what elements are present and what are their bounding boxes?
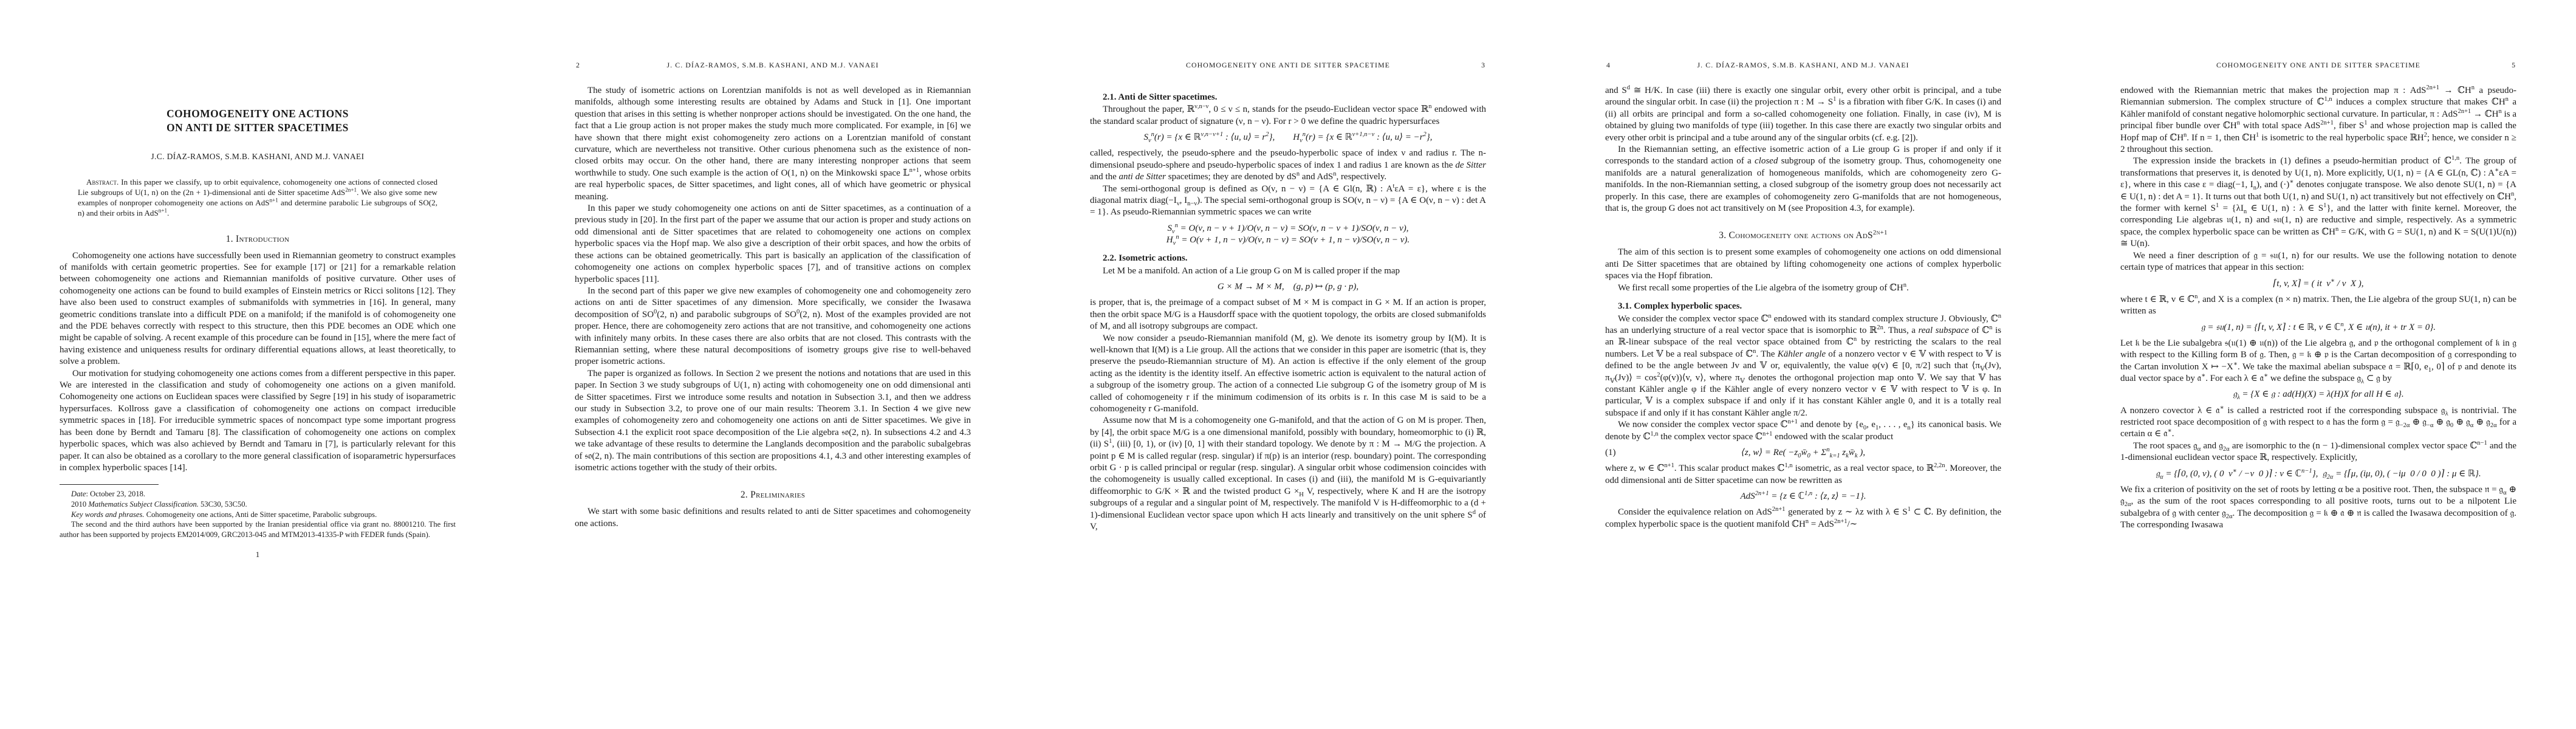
page-4: 4 J. C. DÍAZ-RAMOS, S.M.B. KASHANI, AND …	[1546, 0, 2061, 729]
paragraph: The study of isometric actions on Lorent…	[575, 85, 971, 203]
display-equation: 𝔤α = {⌈0, (0, v), ( 0 v∗ / −v 0 )⌉ : v ∈…	[2120, 468, 2516, 480]
page-2: 2 J. C. DÍAZ-RAMOS, S.M.B. KASHANI, AND …	[515, 0, 1030, 729]
paragraph: Cohomogeneity one actions have successfu…	[60, 250, 456, 368]
paragraph: We need a finer description of 𝔤 = 𝔰𝔲(1,…	[2120, 250, 2516, 274]
subsection-heading: 3.1. Complex hyperbolic spaces.	[1605, 301, 2001, 312]
page-3: COHOMOGENEITY ONE ANTI DE SITTER SPACETI…	[1030, 0, 1546, 729]
paragraph: Our motivation for studying cohomogeneit…	[60, 368, 456, 474]
page-number: 2	[576, 61, 580, 70]
footnote: Date: October 23, 2018.	[60, 489, 456, 499]
subsection-heading: 2.1. Anti de Sitter spacetimes.	[1090, 92, 1486, 103]
paragraph: where t ∈ ℝ, v ∈ ℂn, and X is a complex …	[2120, 294, 2516, 318]
display-equation: Sνn = O(ν, n − ν + 1)/O(ν, n − ν) = SO(ν…	[1090, 223, 1486, 246]
paragraph: endowed with the Riemannian metric that …	[2120, 85, 2516, 156]
paragraph: where z, w ∈ ℂn+1. This scalar product m…	[1605, 463, 2001, 487]
paragraph: The expression inside the brackets in (1…	[2120, 156, 2516, 250]
running-title: COHOMOGENEITY ONE ANTI DE SITTER SPACETI…	[2120, 61, 2516, 70]
display-equation: 𝔤λ = {X ∈ 𝔤 : ad(H)(X) = λ(H)X for all H…	[2120, 389, 2516, 400]
paragraph: Throughout the paper, ℝν,n−ν, 0 ≤ ν ≤ n,…	[1090, 104, 1486, 128]
footnote: 2010 Mathematics Subject Classification.…	[60, 499, 456, 510]
page-number: 3	[1481, 61, 1485, 70]
paragraph: We now consider the complex vector space…	[1605, 419, 2001, 443]
running-head: 2 J. C. DÍAZ-RAMOS, S.M.B. KASHANI, AND …	[575, 61, 971, 70]
page-4-content: and Sd ≅ H/K. In case (iii) there is exa…	[1605, 85, 2001, 530]
subsection-heading: 2.2. Isometric actions.	[1090, 253, 1486, 264]
paragraph: We first recall some properties of the L…	[1605, 282, 2001, 294]
footnote-rule	[60, 484, 159, 485]
page-number: 1	[60, 550, 456, 560]
section-heading: 3. Cohomogeneity one actions on AdS2n+1	[1605, 230, 2001, 241]
display-equation: (1)⟨z, w⟩ = Re( −z0w̄0 + Σnk=1 zkw̄k ),	[1605, 447, 2001, 459]
paragraph: called, respectively, the pseudo-sphere …	[1090, 148, 1486, 183]
display-equation: 𝔤 = 𝔰𝔲(1, n) = {⌈t, v, X⌉ : t ∈ ℝ, v ∈ ℂ…	[2120, 322, 2516, 334]
running-head: COHOMOGENEITY ONE ANTI DE SITTER SPACETI…	[2120, 61, 2516, 70]
equation-tag: (1)	[1605, 447, 1616, 459]
page-5: COHOMOGENEITY ONE ANTI DE SITTER SPACETI…	[2061, 0, 2576, 729]
paragraph: In this paper we study cohomogeneity one…	[575, 203, 971, 286]
paragraph: The paper is organized as follows. In Se…	[575, 368, 971, 474]
paragraph: We consider the complex vector space ℂn …	[1605, 313, 2001, 420]
paragraph: Consider the equivalence relation on AdS…	[1605, 507, 2001, 530]
page-2-content: The study of isometric actions on Lorent…	[575, 85, 971, 530]
display-equation: AdS2n+1 = {z ∈ ℂ1,n : ⟨z, z⟩ = −1}.	[1605, 491, 2001, 502]
footnote: The second and the third authors have be…	[60, 519, 456, 539]
paragraph: We fix a criterion of positivity on the …	[2120, 484, 2516, 532]
paragraph: and Sd ≅ H/K. In case (iii) there is exa…	[1605, 85, 2001, 144]
page-5-content: endowed with the Riemannian metric that …	[2120, 85, 2516, 531]
paragraph: The root spaces 𝔤α and 𝔤2α are isomorphi…	[2120, 440, 2516, 464]
authors-line: J.C. DÍAZ-RAMOS, S.M.B. KASHANI, AND M.J…	[60, 152, 456, 162]
paragraph: is proper, that is, the preimage of a co…	[1090, 297, 1486, 332]
abstract-text: Abstract. In this paper we classify, up …	[78, 177, 437, 218]
display-equation: G × M → M × M, (g, p) ↦ (p, g · p),	[1090, 281, 1486, 293]
paragraph: We now consider a pseudo-Riemannian mani…	[1090, 333, 1486, 416]
paragraph: The aim of this section is to present so…	[1605, 247, 2001, 282]
running-title: COHOMOGENEITY ONE ANTI DE SITTER SPACETI…	[1090, 61, 1486, 70]
paragraph: Let M be a manifold. An action of a Lie …	[1090, 265, 1486, 277]
page-1: COHOMOGENEITY ONE ACTIONS ON ANTI DE SIT…	[0, 0, 515, 729]
page-1-content: COHOMOGENEITY ONE ACTIONS ON ANTI DE SIT…	[60, 107, 456, 560]
page-3-content: 2.1. Anti de Sitter spacetimes.Throughou…	[1090, 85, 1486, 533]
section-heading: 1. Introduction	[60, 234, 456, 245]
display-equation: ⌈t, v, X⌉ = ( it v∗ / v X ),	[2120, 278, 2516, 290]
running-title: J. C. DÍAZ-RAMOS, S.M.B. KASHANI, AND M.…	[575, 61, 971, 70]
paper-title: COHOMOGENEITY ONE ACTIONS ON ANTI DE SIT…	[60, 107, 456, 135]
running-title: J. C. DÍAZ-RAMOS, S.M.B. KASHANI, AND M.…	[1605, 61, 2001, 70]
running-head: COHOMOGENEITY ONE ANTI DE SITTER SPACETI…	[1090, 61, 1486, 70]
page-number: 5	[2512, 61, 2515, 70]
running-head: 4 J. C. DÍAZ-RAMOS, S.M.B. KASHANI, AND …	[1605, 61, 2001, 70]
paragraph: A nonzero covector λ ∈ 𝔞∗ is called a re…	[2120, 405, 2516, 440]
paragraph: Let 𝔨 be the Lie subalgebra 𝔰(𝔲(1) ⊕ 𝔲(n…	[2120, 338, 2516, 385]
paragraph: In the Riemannian setting, an effective …	[1605, 144, 2001, 214]
equation-body: ⟨z, w⟩ = Re( −z0w̄0 + Σnk=1 zkw̄k ),	[1741, 448, 1865, 457]
paragraph: The semi-orthogonal group is defined as …	[1090, 183, 1486, 219]
display-equation: Sνn(r) = {x ∈ ℝν,n−ν+1 : ⟨u, u⟩ = r2}, H…	[1090, 132, 1486, 143]
paragraph: We start with some basic definitions and…	[575, 506, 971, 530]
footnote: Key words and phrases. Cohomogeneity one…	[60, 510, 456, 520]
section-heading: 2. Preliminaries	[575, 490, 971, 501]
paragraph: In the second part of this paper we give…	[575, 286, 971, 368]
paragraph: Assume now that M is a cohomogeneity one…	[1090, 415, 1486, 533]
page-number: 4	[1606, 61, 1610, 70]
